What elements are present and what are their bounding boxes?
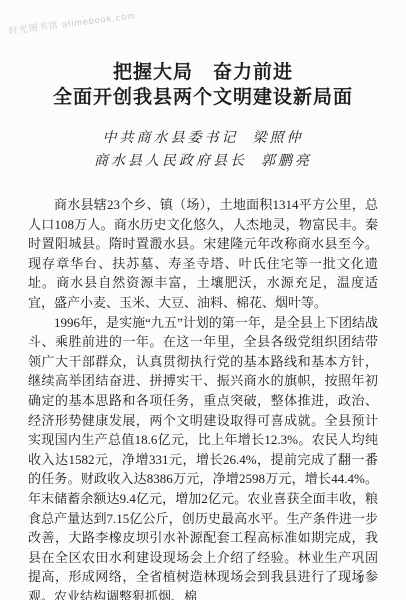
byline-name: 梁照仲 xyxy=(253,131,304,146)
scanned-document-page: 时光图书馆 atimebook.com 把握大局 奋力前进 全面开创我县两个文明… xyxy=(0,0,406,600)
byline-county-head: 商水县人民政府县长郭鹏亮 xyxy=(0,150,406,173)
page-title-line-1: 把握大局 奋力前进 xyxy=(0,60,406,85)
page-title-line-2: 全面开创我县两个文明建设新局面 xyxy=(0,85,406,110)
body-text: 商水县辖23个乡、镇（场），土地面积1314平方公里，总人口108万人。商水历史… xyxy=(28,195,378,600)
byline-block: 中共商水县委书记梁照仲 商水县人民政府县长郭鹏亮 xyxy=(0,127,406,173)
byline-name: 郭鹏亮 xyxy=(261,154,312,169)
body-paragraph-2: 1996年，是实施“九五”计划的第一年，是全县上下团结战斗、乘胜前进的一年。在这… xyxy=(28,313,378,600)
body-paragraph-1: 商水县辖23个乡、镇（场），土地面积1314平方公里，总人口108万人。商水历史… xyxy=(28,195,378,313)
watermark-text: 时光图书馆 atimebook.com xyxy=(8,8,136,36)
byline-role: 中共商水县委书记 xyxy=(103,131,239,146)
byline-secretary: 中共商水县委书记梁照仲 xyxy=(0,127,406,150)
page-number: · 1 · xyxy=(346,572,376,587)
byline-role: 商水县人民政府县长 xyxy=(94,154,247,169)
page-title: 把握大局 奋力前进 全面开创我县两个文明建设新局面 xyxy=(0,60,406,110)
